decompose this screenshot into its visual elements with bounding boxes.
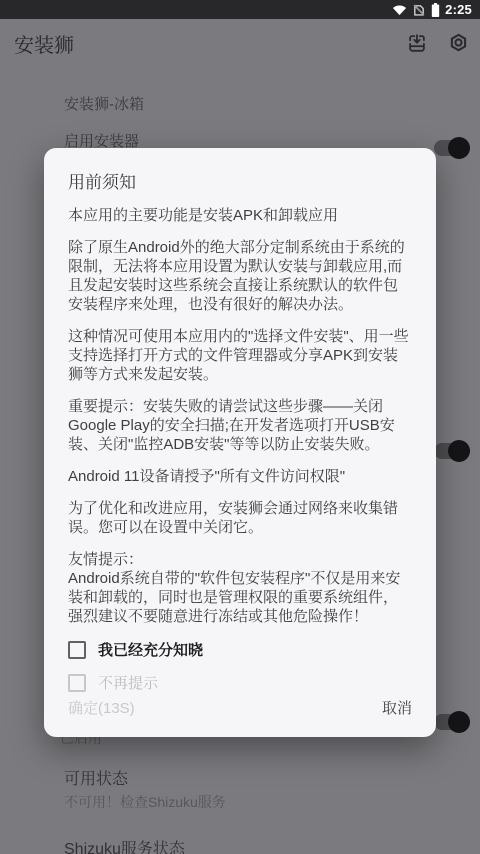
notice-dialog: 用前须知 本应用的主要功能是安装APK和卸载应用 除了原生Android外的绝大… <box>44 148 436 737</box>
dialog-paragraph: 除了原生Android外的绝大部分定制系统由于系统的限制，无法将本应用设置为默认… <box>68 238 412 314</box>
checkbox-dont-show-again-label: 不再提示 <box>98 672 158 693</box>
checkbox-dont-show-again[interactable]: 不再提示 <box>68 672 412 693</box>
ok-countdown-button[interactable]: 确定(13S) <box>68 697 135 718</box>
dialog-actions: 确定(13S) 取消 <box>68 697 412 718</box>
checkbox-acknowledged-label: 我已经充分知晓 <box>98 639 203 660</box>
dialog-paragraph: 为了优化和改进应用，安装狮会通过网络来收集错误。您可以在设置中关闭它。 <box>68 499 412 537</box>
checkbox-dont-show-again-box[interactable] <box>68 674 86 692</box>
dialog-paragraph: 这种情况可使用本应用内的"选择文件安装"、用一些支持选择打开方式的文件管理器或分… <box>68 327 412 384</box>
dialog-title: 用前须知 <box>68 168 412 193</box>
dialog-paragraph: 重要提示：安装失败的请尝试这些步骤——关闭Google Play的安全扫描;在开… <box>68 397 412 454</box>
dialog-checkboxes: 我已经充分知晓 不再提示 <box>68 639 412 693</box>
dialog-paragraph: 友情提示： Android系统自带的"软件包安装程序"不仅是用来安装和卸载的，同… <box>68 550 412 626</box>
screen: 2:25 安装狮 安装狮-冰箱 启用安装器 已启用 可用状 <box>0 0 480 854</box>
checkbox-acknowledged[interactable]: 我已经充分知晓 <box>68 639 412 660</box>
dialog-paragraph: 本应用的主要功能是安装APK和卸载应用 <box>68 206 412 225</box>
cancel-button[interactable]: 取消 <box>382 697 412 718</box>
dialog-body: 本应用的主要功能是安装APK和卸载应用 除了原生Android外的绝大部分定制系… <box>68 206 412 626</box>
checkbox-acknowledged-box[interactable] <box>68 641 86 659</box>
dialog-paragraph: Android 11设备请授予"所有文件访问权限" <box>68 467 412 486</box>
